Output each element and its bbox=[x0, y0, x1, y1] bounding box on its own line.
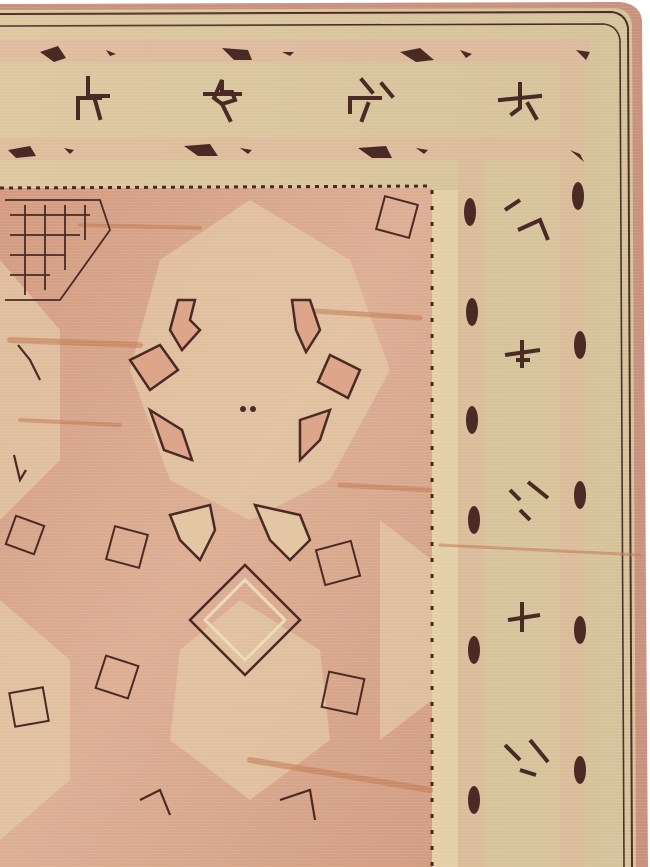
rug-photo bbox=[0, 0, 650, 867]
rug-illustration bbox=[0, 0, 650, 867]
weave-texture bbox=[0, 0, 650, 867]
